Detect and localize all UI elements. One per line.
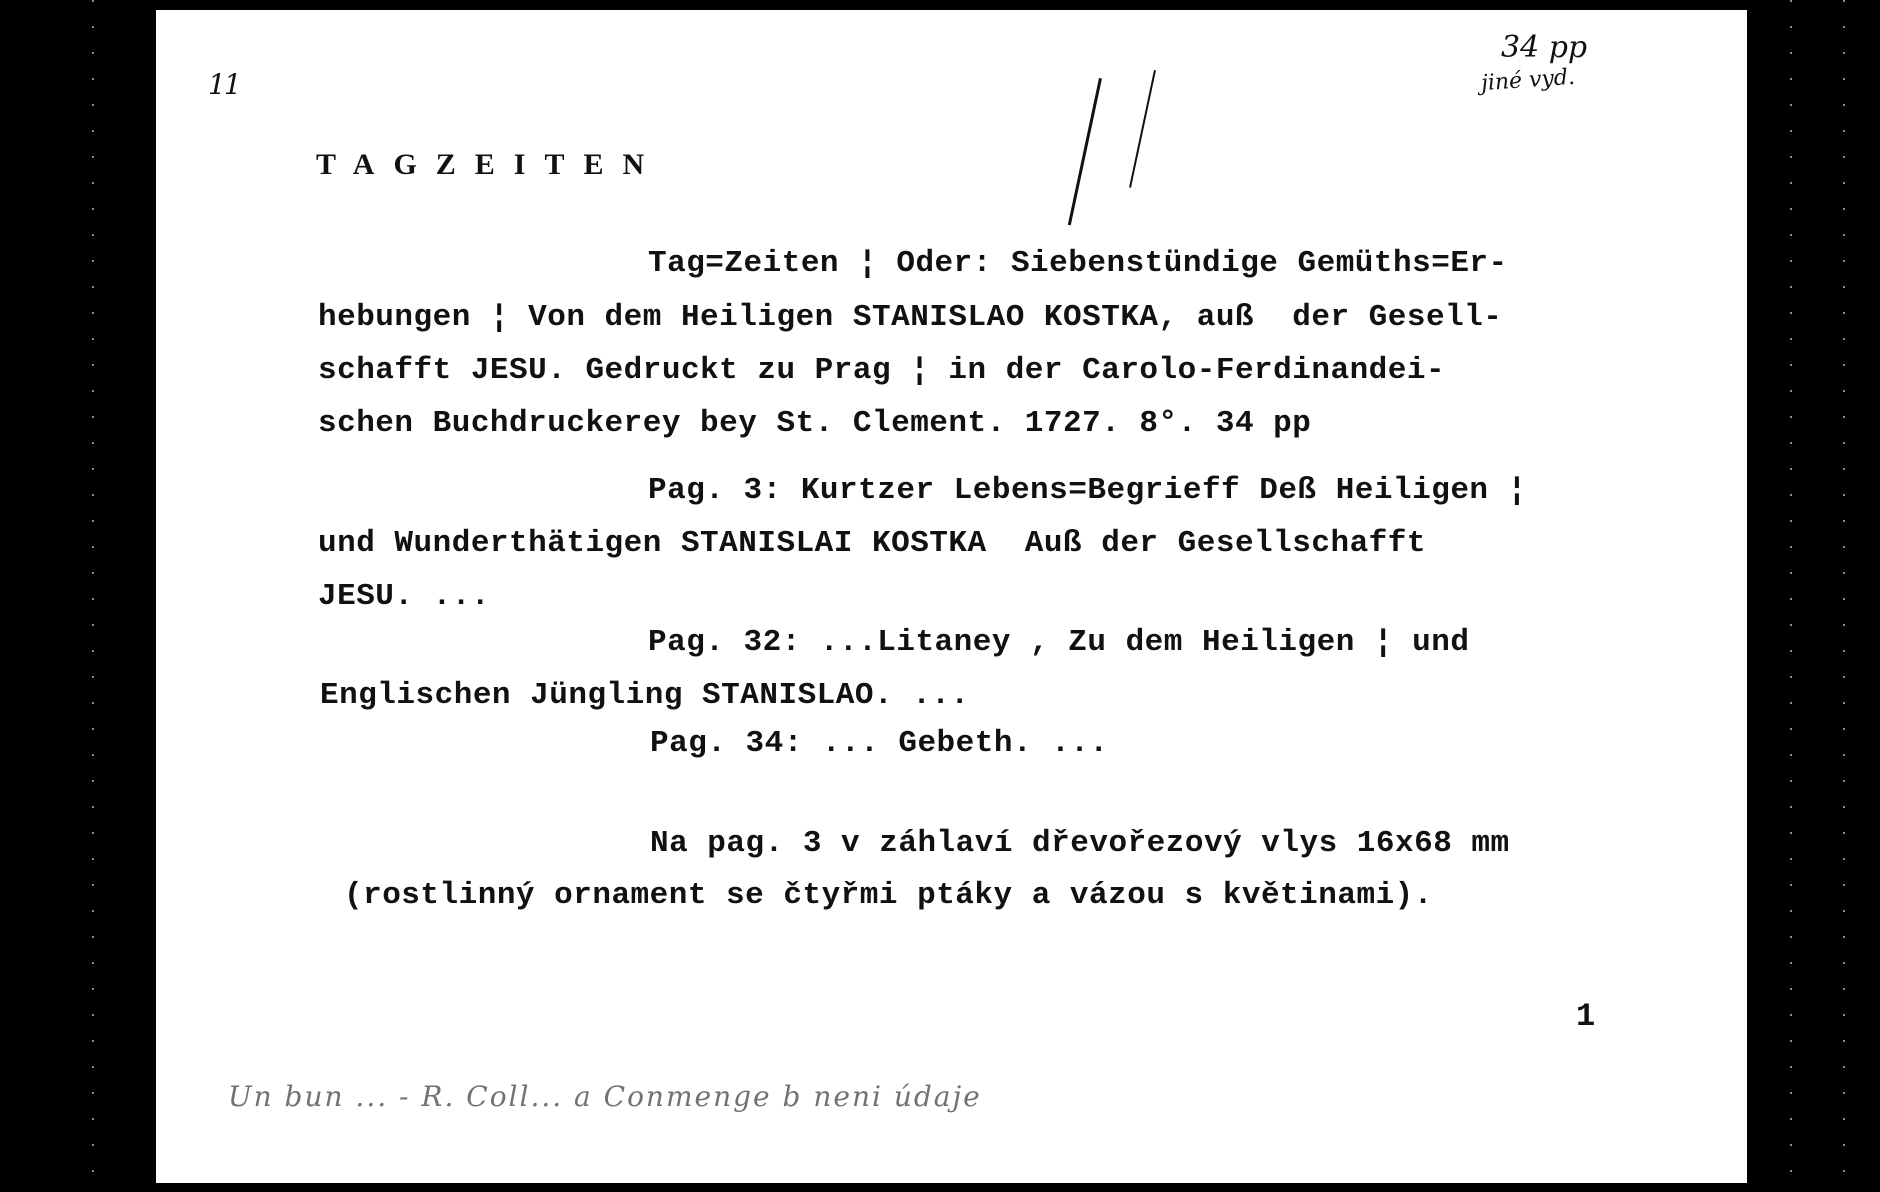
pag3-line-1: Pag. 3: Kurtzer Lebens=Begrieff Deß Heil… [648, 475, 1527, 506]
entry-line-4: schen Buchdruckerey bey St. Clement. 172… [318, 408, 1311, 439]
pen-stroke [1129, 70, 1156, 188]
note-line-1: Na pag. 3 v záhlaví dřevořezový vlys 16x… [650, 828, 1510, 859]
pag32-line-1: Pag. 32: ...Litaney , Zu dem Heiligen ¦ … [648, 627, 1469, 658]
handwritten-note-other-edition: jiné vyd. [1480, 65, 1575, 96]
handwritten-note-bottom: Un bun ... - R. Coll... a Conmenge b nen… [228, 1080, 982, 1113]
pag32-line-2: Englischen Jüngling STANISLAO. ... [320, 680, 970, 711]
entry-line-3: schafft JESU. Gedruckt zu Prag ¦ in der … [318, 355, 1445, 386]
note-line-2: (rostlinný ornament se čtyřmi ptáky a vá… [344, 880, 1433, 911]
entry-line-1: Tag=Zeiten ¦ Oder: Siebenstündige Gemüth… [648, 248, 1508, 279]
pag3-line-3: JESU. ... [318, 581, 490, 612]
entry-line-2: hebungen ¦ Von dem Heiligen STANISLAO KO… [318, 302, 1502, 333]
handwritten-mark: 11 [208, 68, 240, 101]
catalog-card-page: 11 34 pp jiné vyd. TAGZEITEN Tag=Zeiten … [156, 10, 1747, 1183]
scan-noise-right-2 [1843, 0, 1845, 1192]
card-title: TAGZEITEN [316, 148, 663, 182]
page-number: 1 [1576, 998, 1595, 1035]
pag34-line-1: Pag. 34: ... Gebeth. ... [650, 728, 1108, 759]
pen-stroke [1068, 78, 1102, 225]
scan-noise-right-1 [1790, 0, 1792, 1192]
handwritten-note-pages: 34 pp [1501, 30, 1587, 65]
scanned-card: 11 34 pp jiné vyd. TAGZEITEN Tag=Zeiten … [0, 0, 1880, 1192]
scan-noise-left [92, 0, 94, 1192]
pag3-line-2: und Wunderthätigen STANISLAI KOSTKA Auß … [318, 528, 1426, 559]
